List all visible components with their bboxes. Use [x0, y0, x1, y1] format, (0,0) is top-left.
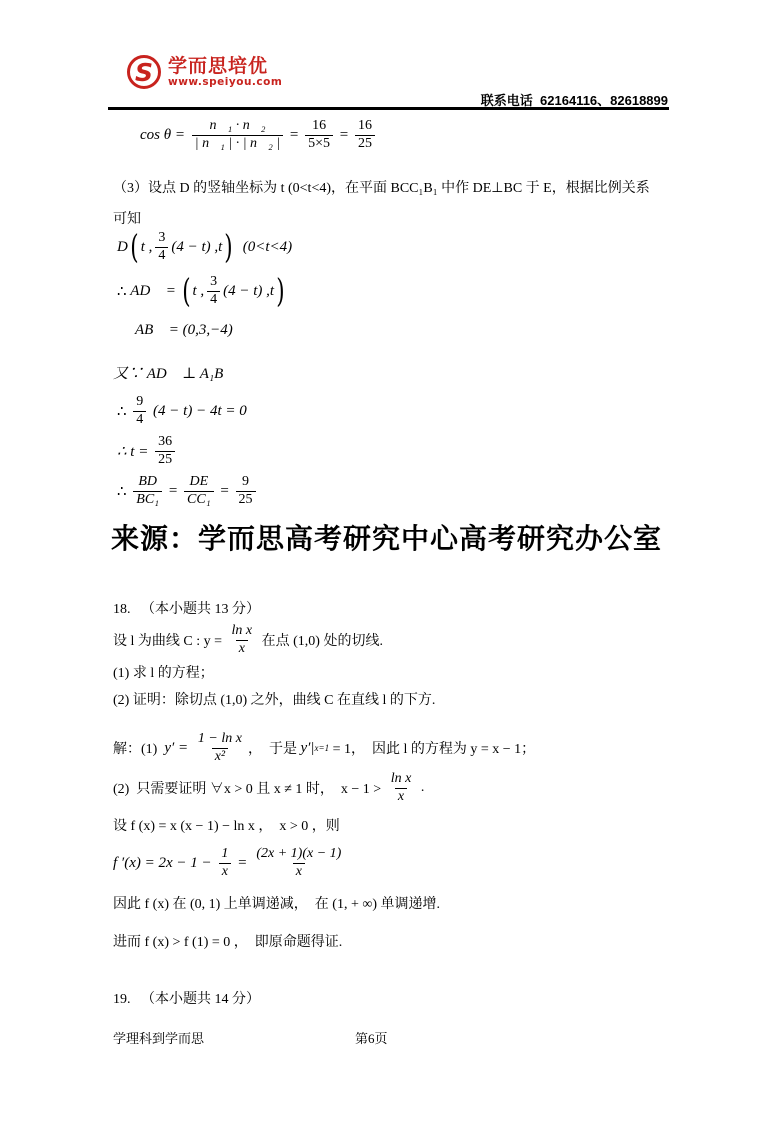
- frac-den: 4: [133, 411, 146, 428]
- q18-solution-2: (2) 只需要证明 ∀x > 0 且 x ≠ 1 时， x − 1 > ln x…: [113, 766, 424, 810]
- nine-twentyfifths-fraction: 9 25: [236, 474, 256, 507]
- q19-heading: 19. （本小题共 14 分）: [113, 988, 260, 1008]
- brand-text-block: 学而思培优 www.speiyou.com: [168, 56, 282, 89]
- frac-num: 1 − ln x: [195, 731, 245, 747]
- logo-s-letter: S: [135, 58, 153, 87]
- close-paren: ): [276, 276, 284, 306]
- coord-part: t ,: [192, 283, 204, 300]
- sol2-pre: (2) 只需要证明 ∀x > 0 且 x ≠ 1 时， x − 1 >: [113, 778, 385, 798]
- frac-den: | n⃗₁ | · | n⃗₂ |: [192, 135, 283, 152]
- frac-den: BC₁: [133, 491, 162, 508]
- coord-part: t ,: [141, 239, 153, 256]
- nine-fourths-fraction: 9 4: [133, 394, 146, 427]
- q18-intro-post: 在点 (1,0) 处的切线.: [258, 630, 383, 650]
- sol1-yprime: y′ =: [164, 740, 192, 757]
- cos-lhs: cos θ =: [140, 127, 189, 144]
- q18-heading-text: 18. （本小题共 13 分）: [113, 598, 260, 618]
- frac-num: (2x + 1)(x − 1): [253, 846, 344, 862]
- coord-part: (4 − t) ,t: [171, 239, 222, 256]
- q18-intro: 设 l 为曲线 C : y = ln x x 在点 (1,0) 处的切线.: [113, 618, 383, 662]
- vector-ad-lhs: AD⃗ =: [130, 283, 179, 300]
- equals-sign: =: [286, 127, 302, 144]
- point-d-symbol: D: [117, 239, 128, 256]
- set-f-text: 设 f (x) = x (x − 1) − ln x ， x > 0 ，则: [113, 815, 340, 835]
- vector-ab-text: AB⃗ = (0,3,−4): [135, 322, 233, 339]
- speiyou-logo-icon: S: [127, 55, 161, 89]
- factored-fraction: (2x + 1)(x − 1) x: [253, 846, 344, 879]
- frac-num: 16: [355, 118, 375, 134]
- q18-part2-text: (2) 证明：除切点 (1,0) 之外，曲线 C 在直线 l 的下方.: [113, 689, 435, 709]
- formula-vector-ab: AB⃗ = (0,3,−4): [135, 322, 233, 339]
- t-range: (0<t<4): [235, 239, 292, 256]
- frac-num: 9: [239, 474, 252, 490]
- frac-num: 9: [133, 394, 146, 410]
- speiyou-logo: S 学而思培优 www.speiyou.com: [127, 55, 282, 89]
- frac-den: CC₁: [184, 491, 214, 508]
- brand-name: 学而思培优: [168, 56, 282, 77]
- q19-heading-text: 19. （本小题共 14 分）: [113, 988, 260, 1008]
- frac-den: x: [395, 788, 407, 805]
- bd-bc1-fraction: BD BC₁: [133, 474, 162, 507]
- contact-label: 联系电话: [481, 93, 533, 108]
- frac-den: x: [293, 863, 305, 880]
- q18-intro-pre: 设 l 为曲线 C : y =: [113, 630, 226, 650]
- document-page: S 学而思培优 www.speiyou.com 联系电话 62164116、82…: [0, 0, 777, 1123]
- three-quarters-fraction: 3 4: [155, 230, 168, 263]
- sol1-mid: ， 于是: [248, 738, 301, 758]
- cos-value-fraction-1: 16 5×5: [305, 118, 333, 151]
- frac-num: 1: [218, 846, 231, 862]
- f-prime-lhs: f ′(x) = 2x − 1 −: [113, 855, 215, 872]
- t-lhs: ∴ t =: [117, 442, 152, 461]
- derivative-fraction: 1 − ln x x²: [195, 731, 245, 764]
- formula-vector-ad: ∴ AD⃗ = ( t , 3 4 (4 − t) ,t ): [117, 268, 287, 314]
- para-3-text: （3）设点 D 的竖轴坐标为 t (0<t<4)，在平面 BCC₁B₁ 中作 D…: [113, 177, 650, 197]
- subscript-x-equals-1: x=1: [315, 743, 330, 753]
- formula-cos-theta: cos θ = n⃗₁ · n⃗₂ | n⃗₁ | · | n⃗₂ | = 16…: [140, 112, 378, 158]
- frac-num: 3: [155, 230, 168, 246]
- equals-sign: =: [234, 855, 250, 872]
- formula-point-d: D ( t , 3 4 (4 − t) ,t ) (0<t<4): [117, 224, 292, 270]
- formula-t-value: ∴ t = 36 25: [117, 430, 178, 472]
- equals-sign: =: [165, 483, 181, 500]
- frac-num: DE: [186, 474, 211, 490]
- therefore-sign: ∴: [117, 282, 130, 301]
- footer-slogan: 学理科到学而思: [113, 1028, 204, 1047]
- one-over-x-fraction: 1 x: [218, 846, 231, 879]
- sol1-label: 解：(1): [113, 738, 164, 758]
- frac-num: ln x: [229, 623, 256, 639]
- q18-conclusion: 进而 f (x) > f (1) = 0 ， 即原命题得证.: [113, 931, 342, 951]
- equals-sign: =: [217, 483, 233, 500]
- formula-eq-nine-fourths: ∴ 9 4 (4 − t) − 4t = 0: [117, 390, 247, 432]
- lnx-over-x-fraction: ln x x: [388, 771, 415, 804]
- formula-ratio: ∴ BD BC₁ = DE CC₁ = 9 25: [117, 470, 259, 512]
- q18-monotonic: 因此 f (x) 在 (0, 1) 上单调递减， 在 (1, + ∞) 单调递增…: [113, 893, 440, 913]
- equals-sign: =: [336, 127, 352, 144]
- footer-page-number: 第6页: [355, 1028, 388, 1047]
- therefore-sign: ∴: [117, 482, 130, 501]
- q18-heading: 18. （本小题共 13 分）: [113, 598, 260, 618]
- q18-solution-1: 解：(1) y′ = 1 − ln x x² ， 于是 y′| x=1 = 1，…: [113, 726, 535, 770]
- open-paren: (: [182, 276, 190, 306]
- contact-phones: 62164116、82618899: [540, 93, 668, 108]
- cos-value-fraction-2: 16 25: [355, 118, 375, 151]
- brand-url: www.speiyou.com: [168, 76, 282, 88]
- frac-den: 5×5: [305, 135, 333, 152]
- de-cc1-fraction: DE CC₁: [184, 474, 214, 507]
- lnx-over-x-fraction: ln x x: [229, 623, 256, 656]
- frac-den: 25: [236, 491, 256, 508]
- frac-num: n⃗₁ · n⃗₂: [206, 118, 268, 134]
- page-number-text: 第6页: [355, 1028, 388, 1047]
- frac-den: x: [236, 640, 248, 657]
- source-heading: 来源：学而思高考研究中心高考研究办公室: [111, 517, 662, 557]
- q18-part1: (1) 求 l 的方程；: [113, 662, 214, 682]
- sol1-post: = 1， 因此 l 的方程为 y = x − 1；: [329, 738, 535, 758]
- spacer: [533, 93, 540, 108]
- t-value-fraction: 36 25: [155, 434, 175, 467]
- frac-den: x: [219, 863, 231, 880]
- frac-den: 25: [355, 135, 375, 152]
- close-paren: ): [225, 232, 233, 262]
- frac-num: 36: [155, 434, 175, 450]
- frac-den: 4: [155, 247, 168, 264]
- footer-left: 学理科到学而思: [113, 1028, 204, 1047]
- frac-num: 3: [207, 274, 220, 290]
- cos-vector-fraction: n⃗₁ · n⃗₂ | n⃗₁ | · | n⃗₂ |: [192, 118, 283, 151]
- q18-f-prime: f ′(x) = 2x − 1 − 1 x = (2x + 1)(x − 1) …: [113, 841, 347, 885]
- frac-num: BD: [135, 474, 160, 490]
- sol2-post: .: [417, 780, 424, 796]
- q18-part2: (2) 证明：除切点 (1,0) 之外，曲线 C 在直线 l 的下方.: [113, 689, 435, 709]
- q18-part1-text: (1) 求 l 的方程；: [113, 662, 214, 682]
- monotonic-text: 因此 f (x) 在 (0, 1) 上单调递减， 在 (1, + ∞) 单调递增…: [113, 893, 440, 913]
- conclusion-text: 进而 f (x) > f (1) = 0 ， 即原命题得证.: [113, 931, 342, 951]
- eq-rest: (4 − t) − 4t = 0: [149, 403, 246, 420]
- coord-part: (4 − t) ,t: [223, 283, 274, 300]
- frac-den: 4: [207, 291, 220, 308]
- frac-num: 16: [309, 118, 329, 134]
- sol1-ybar: y′|: [300, 740, 314, 757]
- para-3-intro-line1: （3）设点 D 的竖轴坐标为 t (0<t<4)，在平面 BCC₁B₁ 中作 D…: [113, 177, 650, 197]
- q18-set-f: 设 f (x) = x (x − 1) − ln x ， x > 0 ，则: [113, 815, 340, 835]
- frac-den: x²: [212, 748, 228, 765]
- frac-num: ln x: [388, 771, 415, 787]
- three-quarters-fraction: 3 4: [207, 274, 220, 307]
- therefore-sign: ∴: [117, 402, 130, 421]
- header-divider: [108, 107, 669, 110]
- open-paren: (: [130, 232, 138, 262]
- frac-den: 25: [155, 451, 175, 468]
- formula-perpendicular: 又∵ AD⃗ ⊥ A₁B⃗: [113, 362, 235, 383]
- perp-text: 又∵ AD⃗ ⊥ A₁B⃗: [113, 362, 235, 383]
